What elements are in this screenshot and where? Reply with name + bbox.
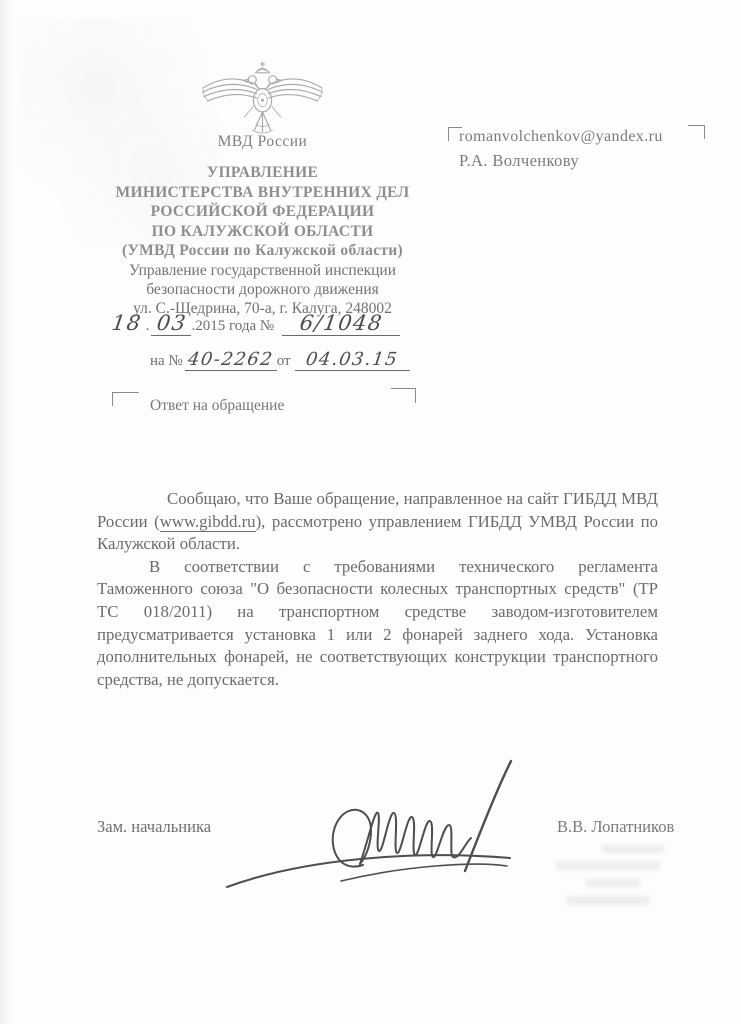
scanned-letter-page: МВД России romanvolchenkov@yandex.ru Р.А… (0, 0, 741, 1024)
signer-name: В.В. Лопатников (557, 817, 674, 837)
letterhead-dept-block: Управление государственной инспекции без… (60, 261, 465, 318)
recipient-name: Р.А. Волченкову (459, 151, 579, 171)
outgoing-number-field: 6/1048 (282, 311, 400, 336)
handwritten-signature-icon (213, 753, 523, 901)
handwritten-date-month-field: 03 (151, 311, 191, 336)
org-line: ПО КАЛУЖСКОЙ ОБЛАСТИ (60, 222, 465, 242)
recipient-corner-mark-right (688, 125, 705, 139)
emblem-caption: МВД России (60, 133, 465, 151)
reference-line-incoming: на № 40-2262 от 04.03.15 (150, 349, 450, 379)
org-line: (УМВД России по Калужской области) (60, 241, 465, 261)
subject-corner-mark-right (391, 388, 416, 403)
dept-line: безопасности дорожного движения (60, 280, 465, 299)
subject-corner-mark-left (112, 392, 139, 406)
handwritten-date-month: 03 (155, 311, 188, 335)
handwritten-outgoing-number: 6/1048 (298, 311, 384, 335)
dept-line: Управление государственной инспекции (60, 261, 465, 280)
handwritten-incoming-number: 40-2262 (187, 349, 275, 370)
bleed-through-artifact (586, 879, 640, 887)
subject-line: Ответ на обращение (150, 397, 284, 415)
mvd-eagle-emblem-icon (200, 60, 325, 136)
org-line: УПРАВЛЕНИЕ (60, 163, 465, 183)
reply-prefix-label: на № (150, 353, 183, 370)
signer-position-title: Зам. начальника (97, 817, 211, 837)
org-line: МИНИСТЕРСТВА ВНУТРЕННИХ ДЕЛ (60, 183, 465, 203)
from-label: от (277, 353, 291, 370)
letterhead-org-block: УПРАВЛЕНИЕ МИНИСТЕРСТВА ВНУТРЕННИХ ДЕЛ Р… (60, 163, 465, 261)
incoming-number-field: 40-2262 (185, 349, 277, 371)
reference-line-outgoing: 18 . 03 .2015 года № 6/1048 (112, 311, 442, 343)
bleed-through-artifact (556, 861, 660, 870)
gibdd-url-text: www.gibdd.ru (160, 512, 256, 532)
handwritten-date-day: 18 (110, 311, 143, 335)
bleed-through-artifact (566, 896, 650, 905)
body-paragraph-2: В соответствии с требованиями техническо… (97, 556, 658, 692)
date-year-label: .2015 года № (191, 318, 274, 335)
recipient-email: romanvolchenkov@yandex.ru (459, 128, 663, 146)
letter-body: Сообщаю, что Ваше обращение, направленно… (97, 488, 658, 691)
date-separator: . (146, 318, 150, 335)
org-line: РОССИЙСКОЙ ФЕДЕРАЦИИ (60, 202, 465, 222)
handwritten-incoming-date: 04.03.15 (305, 349, 400, 370)
bleed-through-artifact (602, 845, 664, 853)
body-paragraph-1: Сообщаю, что Ваше обращение, направленно… (97, 488, 658, 556)
incoming-date-field: 04.03.15 (295, 349, 410, 371)
